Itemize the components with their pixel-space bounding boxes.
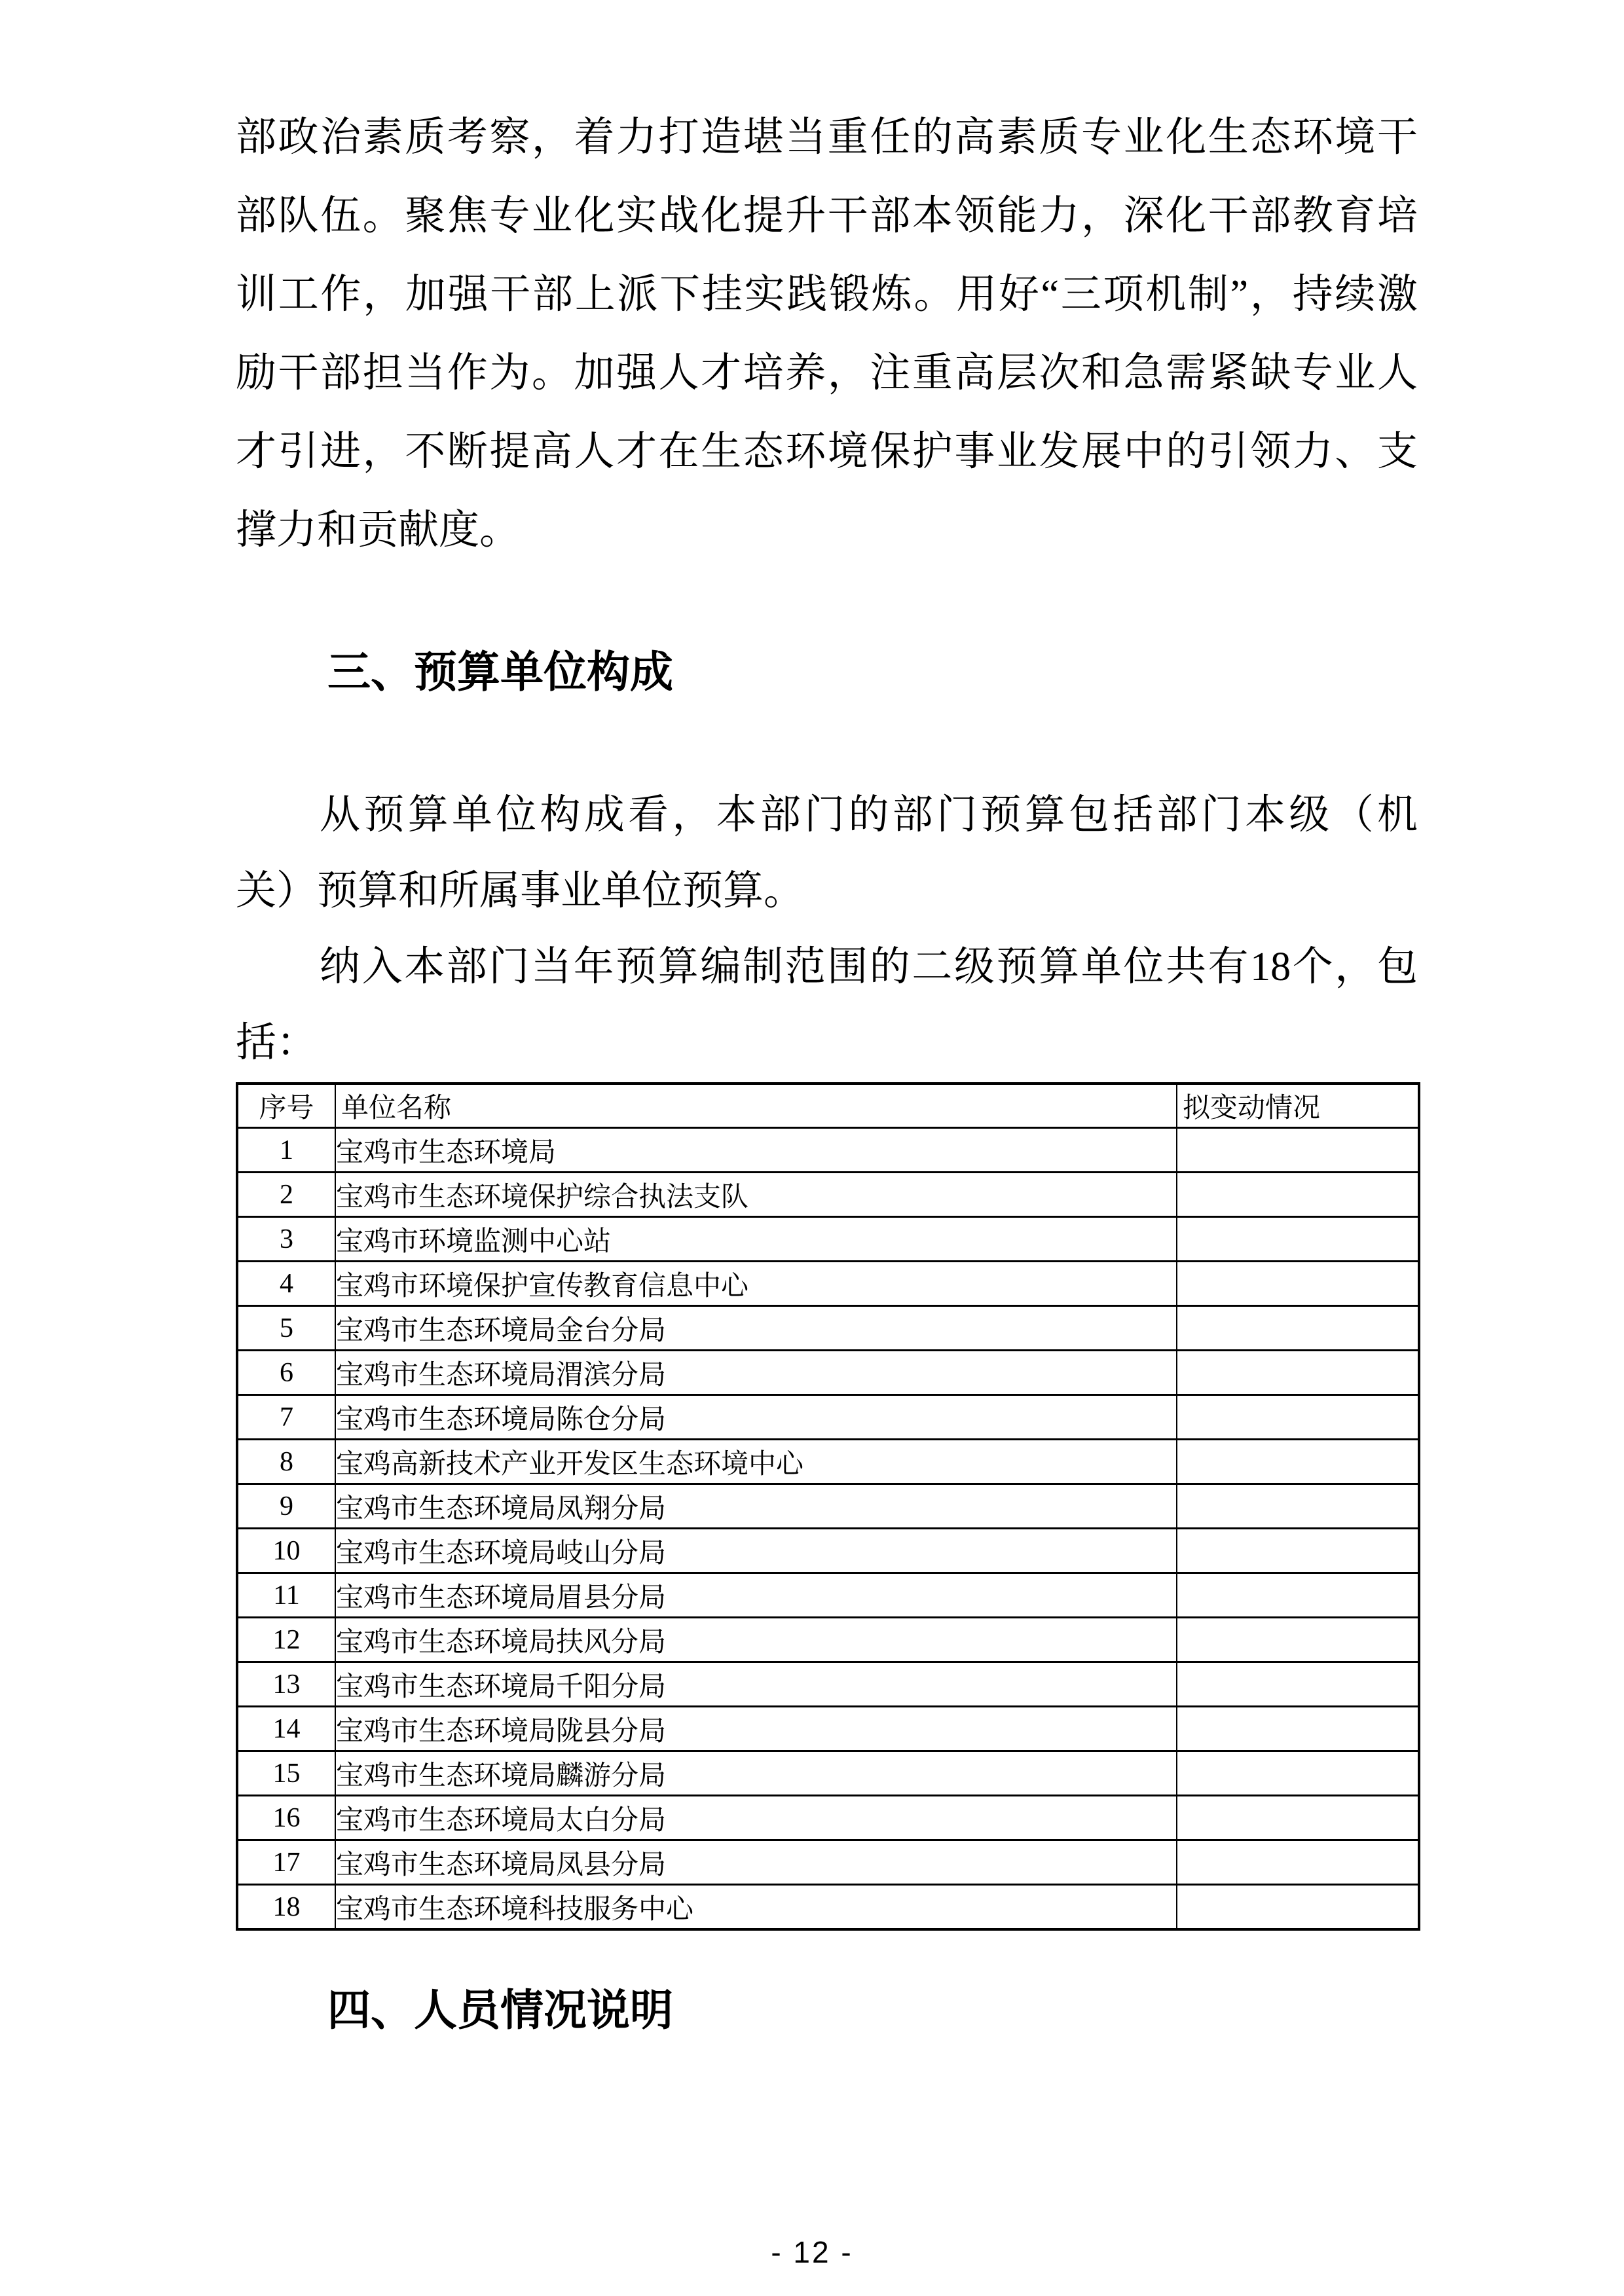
row-index-cell: 8 — [237, 1440, 335, 1484]
table-row: 17宝鸡市生态环境局凤县分局 — [237, 1840, 1419, 1885]
unit-name-cell: 宝鸡市生态环境局扶风分局 — [335, 1618, 1177, 1662]
change-status-cell — [1177, 1395, 1419, 1440]
change-status-cell — [1177, 1618, 1419, 1662]
row-index-cell: 7 — [237, 1395, 335, 1440]
text-line: 部政治素质考察，着力打造堪当重任的高素质专业化生态环境干 — [236, 98, 1418, 177]
paragraph-included-units: 纳入本部门当年预算编制范围的二级预算单位共有18个，包 括： — [236, 929, 1418, 1081]
change-status-cell — [1177, 1840, 1419, 1885]
table-header-row: 序号 单位名称 拟变动情况 — [237, 1084, 1419, 1128]
section-heading-personnel: 四、人员情况说明 — [327, 1986, 1418, 2033]
change-status-cell — [1177, 1440, 1419, 1484]
unit-name-cell: 宝鸡市生态环境局千阳分局 — [335, 1662, 1177, 1707]
table-row: 9宝鸡市生态环境局凤翔分局 — [237, 1484, 1419, 1529]
change-status-cell — [1177, 1751, 1419, 1796]
page-number: - 12 - — [0, 2234, 1624, 2270]
col-header-index: 序号 — [237, 1084, 335, 1128]
change-status-cell — [1177, 1796, 1419, 1840]
table-row: 1宝鸡市生态环境局 — [237, 1128, 1419, 1173]
col-header-change-status: 拟变动情况 — [1177, 1084, 1419, 1128]
row-index-cell: 3 — [237, 1217, 335, 1262]
row-index-cell: 10 — [237, 1529, 335, 1573]
row-index-cell: 16 — [237, 1796, 335, 1840]
change-status-cell — [1177, 1173, 1419, 1217]
row-index-cell: 6 — [237, 1351, 335, 1395]
unit-name-cell: 宝鸡市生态环境局陈仓分局 — [335, 1395, 1177, 1440]
text-line: 关）预算和所属事业单位预算。 — [236, 853, 1418, 929]
change-status-cell — [1177, 1573, 1419, 1618]
row-index-cell: 1 — [237, 1128, 335, 1173]
unit-name-cell: 宝鸡市生态环境局岐山分局 — [335, 1529, 1177, 1573]
row-index-cell: 17 — [237, 1840, 335, 1885]
table-row: 10宝鸡市生态环境局岐山分局 — [237, 1529, 1419, 1573]
unit-name-cell: 宝鸡市生态环境局 — [335, 1128, 1177, 1173]
row-index-cell: 14 — [237, 1707, 335, 1751]
change-status-cell — [1177, 1351, 1419, 1395]
unit-name-cell: 宝鸡高新技术产业开发区生态环境中心 — [335, 1440, 1177, 1484]
change-status-cell — [1177, 1662, 1419, 1707]
table-row: 13宝鸡市生态环境局千阳分局 — [237, 1662, 1419, 1707]
text-line: 撑力和贡献度。 — [236, 491, 1418, 570]
table-row: 6宝鸡市生态环境局渭滨分局 — [237, 1351, 1419, 1395]
unit-name-cell: 宝鸡市生态环境局凤翔分局 — [335, 1484, 1177, 1529]
change-status-cell — [1177, 1885, 1419, 1930]
paragraph-budget-composition: 从预算单位构成看，本部门的部门预算包括部门本级（机 关）预算和所属事业单位预算。 — [236, 777, 1418, 929]
row-index-cell: 9 — [237, 1484, 335, 1529]
row-index-cell: 4 — [237, 1262, 335, 1306]
text-line: 从预算单位构成看，本部门的部门预算包括部门本级（机 — [236, 777, 1418, 853]
unit-name-cell: 宝鸡市环境监测中心站 — [335, 1217, 1177, 1262]
table-row: 4宝鸡市环境保护宣传教育信息中心 — [237, 1262, 1419, 1306]
table-row: 8宝鸡高新技术产业开发区生态环境中心 — [237, 1440, 1419, 1484]
budget-units-table: 序号 单位名称 拟变动情况 1宝鸡市生态环境局2宝鸡市生态环境保护综合执法支队3… — [236, 1082, 1420, 1931]
table-row: 16宝鸡市生态环境局太白分局 — [237, 1796, 1419, 1840]
row-index-cell: 12 — [237, 1618, 335, 1662]
unit-name-cell: 宝鸡市生态环境局陇县分局 — [335, 1707, 1177, 1751]
unit-name-cell: 宝鸡市生态环境局金台分局 — [335, 1306, 1177, 1351]
unit-table-body: 1宝鸡市生态环境局2宝鸡市生态环境保护综合执法支队3宝鸡市环境监测中心站4宝鸡市… — [237, 1128, 1419, 1930]
row-index-cell: 18 — [237, 1885, 335, 1930]
row-index-cell: 13 — [237, 1662, 335, 1707]
row-index-cell: 11 — [237, 1573, 335, 1618]
unit-name-cell: 宝鸡市生态环境保护综合执法支队 — [335, 1173, 1177, 1217]
table-header: 序号 单位名称 拟变动情况 — [237, 1084, 1419, 1128]
row-index-cell: 15 — [237, 1751, 335, 1796]
paragraph-continuation: 部政治素质考察，着力打造堪当重任的高素质专业化生态环境干 部队伍。聚焦专业化实战… — [236, 98, 1418, 570]
unit-name-cell: 宝鸡市环境保护宣传教育信息中心 — [335, 1262, 1177, 1306]
table-row: 3宝鸡市环境监测中心站 — [237, 1217, 1419, 1262]
unit-name-cell: 宝鸡市生态环境科技服务中心 — [335, 1885, 1177, 1930]
document-page: 部政治素质考察，着力打造堪当重任的高素质专业化生态环境干 部队伍。聚焦专业化实战… — [0, 0, 1624, 2296]
change-status-cell — [1177, 1707, 1419, 1751]
text-line: 才引进，不断提高人才在生态环境保护事业发展中的引领力、支 — [236, 412, 1418, 491]
unit-name-cell: 宝鸡市生态环境局麟游分局 — [335, 1751, 1177, 1796]
row-index-cell: 5 — [237, 1306, 335, 1351]
text-line: 括： — [236, 1005, 1418, 1081]
change-status-cell — [1177, 1217, 1419, 1262]
unit-name-cell: 宝鸡市生态环境局眉县分局 — [335, 1573, 1177, 1618]
table-row: 2宝鸡市生态环境保护综合执法支队 — [237, 1173, 1419, 1217]
text-line: 纳入本部门当年预算编制范围的二级预算单位共有18个，包 — [236, 929, 1418, 1005]
col-header-unit-name: 单位名称 — [335, 1084, 1177, 1128]
table-row: 12宝鸡市生态环境局扶风分局 — [237, 1618, 1419, 1662]
change-status-cell — [1177, 1484, 1419, 1529]
text-line: 励干部担当作为。加强人才培养，注重高层次和急需紧缺专业人 — [236, 334, 1418, 412]
table-row: 14宝鸡市生态环境局陇县分局 — [237, 1707, 1419, 1751]
table-row: 11宝鸡市生态环境局眉县分局 — [237, 1573, 1419, 1618]
unit-name-cell: 宝鸡市生态环境局太白分局 — [335, 1796, 1177, 1840]
change-status-cell — [1177, 1306, 1419, 1351]
unit-name-cell: 宝鸡市生态环境局渭滨分局 — [335, 1351, 1177, 1395]
table-row: 15宝鸡市生态环境局麟游分局 — [237, 1751, 1419, 1796]
change-status-cell — [1177, 1262, 1419, 1306]
table-row: 7宝鸡市生态环境局陈仓分局 — [237, 1395, 1419, 1440]
text-line: 部队伍。聚焦专业化实战化提升干部本领能力，深化干部教育培 — [236, 177, 1418, 255]
unit-name-cell: 宝鸡市生态环境局凤县分局 — [335, 1840, 1177, 1885]
table-row: 18宝鸡市生态环境科技服务中心 — [237, 1885, 1419, 1930]
change-status-cell — [1177, 1529, 1419, 1573]
row-index-cell: 2 — [237, 1173, 335, 1217]
table-row: 5宝鸡市生态环境局金台分局 — [237, 1306, 1419, 1351]
change-status-cell — [1177, 1128, 1419, 1173]
section-heading-budget-units: 三、预算单位构成 — [327, 648, 1418, 695]
text-line: 训工作，加强干部上派下挂实践锻炼。用好“三项机制”，持续激 — [236, 255, 1418, 334]
